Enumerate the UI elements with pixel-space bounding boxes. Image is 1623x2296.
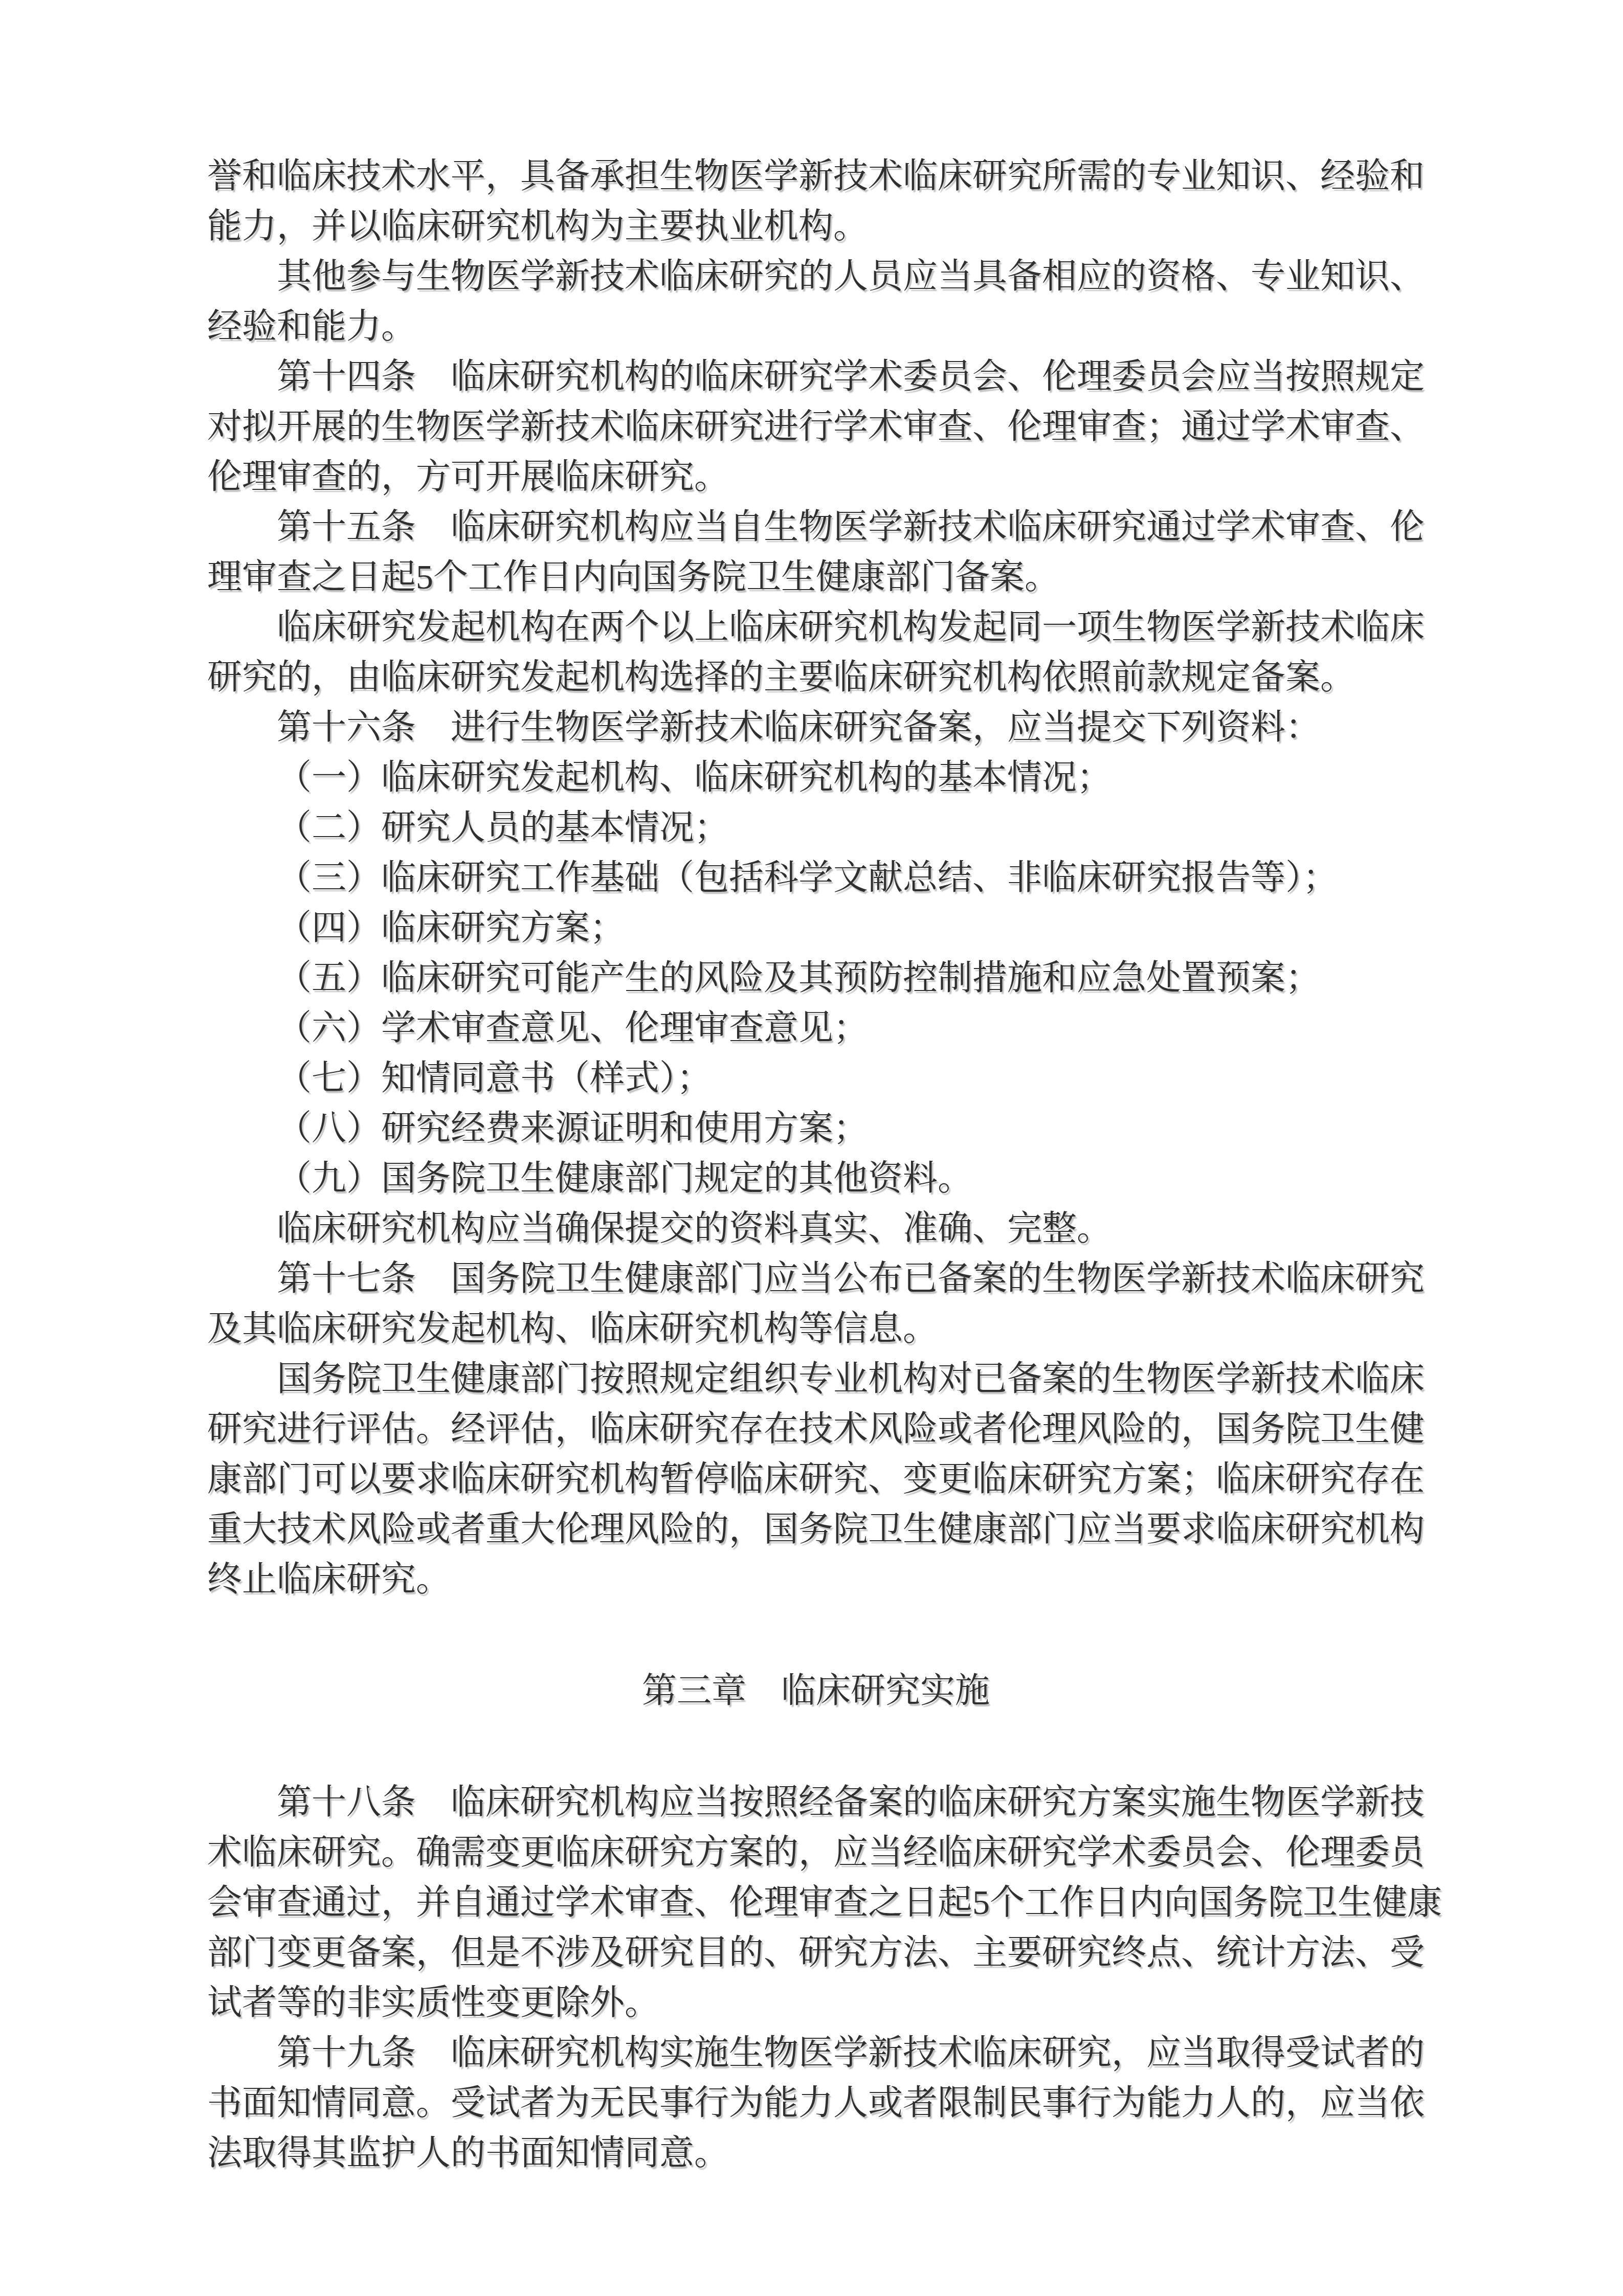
text-line: 对拟开展的生物医学新技术临床研究进行学术审查、伦理审查；通过学术审查、 xyxy=(207,401,1425,452)
list-item-8: （八）研究经费来源证明和使用方案； xyxy=(207,1103,1425,1153)
text-line: 临床研究发起机构在两个以上临床研究机构发起同一项生物医学新技术临床 xyxy=(207,602,1425,652)
text-line: 第十四条 临床研究机构的临床研究学术委员会、伦理委员会应当按照规定 xyxy=(207,351,1425,401)
text-line: 及其临床研究发起机构、临床研究机构等信息。 xyxy=(207,1303,1425,1354)
list-item-9: （九）国务院卫生健康部门规定的其他资料。 xyxy=(207,1153,1425,1203)
continuation-paragraph: 誉和临床技术水平，具备承担生物医学新技术临床研究所需的专业知识、经验和能力，并以… xyxy=(207,151,1425,251)
text-line: （三）临床研究工作基础（包括科学文献总结、非临床研究报告等）； xyxy=(207,852,1425,903)
text-line: （六）学术审查意见、伦理审查意见； xyxy=(207,1003,1425,1053)
list-item-4: （四）临床研究方案； xyxy=(207,903,1425,953)
paragraph-other-personnel: 其他参与生物医学新技术临床研究的人员应当具备相应的资格、专业知识、经验和能力。 xyxy=(207,251,1425,351)
text-line: 法取得其监护人的书面知情同意。 xyxy=(207,2128,1425,2178)
list-item-3: （三）临床研究工作基础（包括科学文献总结、非临床研究报告等）； xyxy=(207,852,1425,903)
text-line: 能力，并以临床研究机构为主要执业机构。 xyxy=(207,201,1425,251)
text-line: 第三章 临床研究实施 xyxy=(207,1665,1425,1716)
text-line: 部门变更备案，但是不涉及研究目的、研究方法、主要研究终点、统计方法、受 xyxy=(207,1927,1425,1977)
document-content: 誉和临床技术水平，具备承担生物医学新技术临床研究所需的专业知识、经验和能力，并以… xyxy=(207,151,1425,2178)
text-line: 临床研究机构应当确保提交的资料真实、准确、完整。 xyxy=(207,1203,1425,1253)
text-line: 会审查通过，并自通过学术审查、伦理审查之日起5个工作日内向国务院卫生健康 xyxy=(207,1877,1425,1927)
text-line: （五）临床研究可能产生的风险及其预防控制措施和应急处置预案； xyxy=(207,953,1425,1003)
paragraph-assessment: 国务院卫生健康部门按照规定组织专业机构对已备案的生物医学新技术临床研究进行评估。… xyxy=(207,1354,1425,1604)
chapter-3-heading: 第三章 临床研究实施 xyxy=(207,1665,1425,1716)
text-line: 第十六条 进行生物医学新技术临床研究备案，应当提交下列资料： xyxy=(207,702,1425,752)
text-line: 理审查之日起5个工作日内向国务院卫生健康部门备案。 xyxy=(207,552,1425,602)
text-line: 研究进行评估。经评估，临床研究存在技术风险或者伦理风险的，国务院卫生健 xyxy=(207,1404,1425,1454)
list-item-6: （六）学术审查意见、伦理审查意见； xyxy=(207,1003,1425,1053)
text-line: 重大技术风险或者重大伦理风险的，国务院卫生健康部门应当要求临床研究机构 xyxy=(207,1504,1425,1554)
text-line: 书面知情同意。受试者为无民事行为能力人或者限制民事行为能力人的，应当依 xyxy=(207,2078,1425,2128)
text-line: 第十九条 临床研究机构实施生物医学新技术临床研究，应当取得受试者的 xyxy=(207,2028,1425,2078)
text-line: （七）知情同意书（样式）； xyxy=(207,1053,1425,1103)
article-18: 第十八条 临床研究机构应当按照经备案的临床研究方案实施生物医学新技术临床研究。确… xyxy=(207,1777,1425,2028)
text-line: 试者等的非实质性变更除外。 xyxy=(207,1977,1425,2028)
text-line: 伦理审查的，方可开展临床研究。 xyxy=(207,452,1425,502)
article-15: 第十五条 临床研究机构应当自生物医学新技术临床研究通过学术审查、伦理审查之日起5… xyxy=(207,502,1425,602)
text-line: 第十七条 国务院卫生健康部门应当公布已备案的生物医学新技术临床研究 xyxy=(207,1253,1425,1303)
article-17: 第十七条 国务院卫生健康部门应当公布已备案的生物医学新技术临床研究及其临床研究发… xyxy=(207,1253,1425,1354)
article-16: 第十六条 进行生物医学新技术临床研究备案，应当提交下列资料： xyxy=(207,702,1425,752)
list-item-5: （五）临床研究可能产生的风险及其预防控制措施和应急处置预案； xyxy=(207,953,1425,1003)
document-page: 誉和临床技术水平，具备承担生物医学新技术临床研究所需的专业知识、经验和能力，并以… xyxy=(0,0,1623,2296)
text-line: （四）临床研究方案； xyxy=(207,903,1425,953)
text-line: 研究的，由临床研究发起机构选择的主要临床研究机构依照前款规定备案。 xyxy=(207,652,1425,702)
text-line: （九）国务院卫生健康部门规定的其他资料。 xyxy=(207,1153,1425,1203)
article-14: 第十四条 临床研究机构的临床研究学术委员会、伦理委员会应当按照规定对拟开展的生物… xyxy=(207,351,1425,502)
text-line: 国务院卫生健康部门按照规定组织专业机构对已备案的生物医学新技术临床 xyxy=(207,1354,1425,1404)
list-item-2: （二）研究人员的基本情况； xyxy=(207,802,1425,852)
article-19: 第十九条 临床研究机构实施生物医学新技术临床研究，应当取得受试者的书面知情同意。… xyxy=(207,2028,1425,2178)
paragraph-multi-institution-filing: 临床研究发起机构在两个以上临床研究机构发起同一项生物医学新技术临床研究的，由临床… xyxy=(207,602,1425,702)
paragraph-material-authenticity: 临床研究机构应当确保提交的资料真实、准确、完整。 xyxy=(207,1203,1425,1253)
text-line: 经验和能力。 xyxy=(207,301,1425,351)
list-item-1: （一）临床研究发起机构、临床研究机构的基本情况； xyxy=(207,752,1425,802)
text-line: 第十五条 临床研究机构应当自生物医学新技术临床研究通过学术审查、伦 xyxy=(207,502,1425,552)
list-item-7: （七）知情同意书（样式）； xyxy=(207,1053,1425,1103)
text-line: 术临床研究。确需变更临床研究方案的，应当经临床研究学术委员会、伦理委员 xyxy=(207,1827,1425,1877)
text-line: 其他参与生物医学新技术临床研究的人员应当具备相应的资格、专业知识、 xyxy=(207,251,1425,301)
text-line: 第十八条 临床研究机构应当按照经备案的临床研究方案实施生物医学新技 xyxy=(207,1777,1425,1827)
text-line: （二）研究人员的基本情况； xyxy=(207,802,1425,852)
text-line: 誉和临床技术水平，具备承担生物医学新技术临床研究所需的专业知识、经验和 xyxy=(207,151,1425,201)
text-line: （一）临床研究发起机构、临床研究机构的基本情况； xyxy=(207,752,1425,802)
text-line: 终止临床研究。 xyxy=(207,1554,1425,1604)
text-line: （八）研究经费来源证明和使用方案； xyxy=(207,1103,1425,1153)
text-line: 康部门可以要求临床研究机构暂停临床研究、变更临床研究方案；临床研究存在 xyxy=(207,1454,1425,1504)
